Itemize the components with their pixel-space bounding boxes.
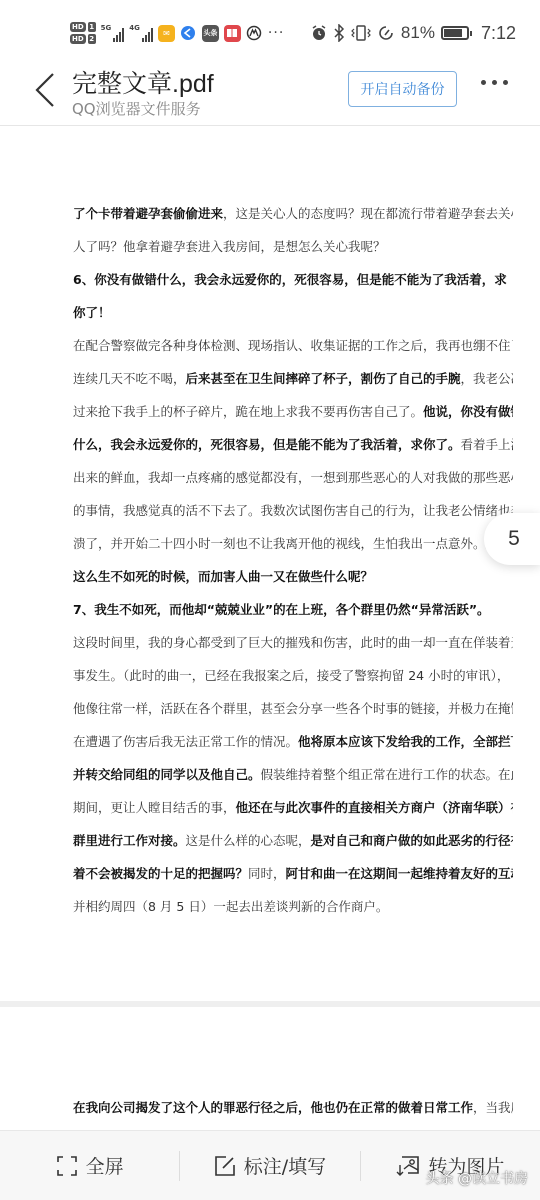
text-line: 群里进行工作对接。这是什么样的心态呢，是对自己和商户做的如此恶劣的行径有 [73, 824, 513, 857]
bold-text: 他将原本应该下发给我的工作，全部拦下， [298, 734, 513, 749]
bold-text: 是对自己和商户做的如此恶劣的行径有 [311, 833, 513, 848]
enable-auto-backup-button[interactable]: 开启自动备份 [348, 71, 457, 107]
text-line: 并相约周四（8 月 5 日）一起去出差谈判新的合作商户。 [73, 890, 513, 923]
bold-text: 你了！ [73, 305, 111, 320]
signal-5g-icon: 5G [101, 24, 125, 42]
body-text: 看着手上流 [461, 437, 513, 452]
text-line: 并转交给同组的同学以及他自己。假装维持着整个组正常在进行工作的状态。在此 [73, 758, 513, 791]
body-text: 的事情，我感觉真的活不下去了。我数次试图伤害自己的行为，让我老公情绪也奔 [73, 503, 513, 518]
page-text: 了个卡带着避孕套偷偷进来，这是关心人的态度吗？现在都流行带着避孕套去关心人了吗？… [73, 197, 513, 923]
status-bar-right: 81% 7:12 [311, 20, 516, 46]
bottom-toolbar: 全屏 标注/填写 转为图片 [0, 1130, 540, 1200]
status-bar-left: HD1 HD2 5G 4G ✉ 头条 ··· [70, 16, 284, 50]
alarm-icon [311, 25, 327, 41]
text-line: 过来抢下我手上的杯子碎片，跪在地上求我不要再伤害自己了。他说，你没有做错 [73, 395, 513, 428]
document-source: QQ浏览器文件服务 [72, 98, 201, 119]
bold-text: 6、你没有做错什么，我会永远爱你的，死很容易，但是能不能为了我活着，求 [73, 272, 507, 287]
bold-text: 后来甚至在卫生间摔碎了杯子，割伤了自己的手腕 [186, 371, 461, 386]
fullscreen-button[interactable]: 全屏 [0, 1146, 179, 1186]
body-text: ，这是关心人的态度吗？现在都流行带着避孕套去关心 [223, 206, 513, 221]
body-text: ，我老公冲 [461, 371, 513, 386]
chevron-left-icon [34, 72, 56, 108]
text-line: 连续几天不吃不喝，后来甚至在卫生间摔碎了杯子，割伤了自己的手腕，我老公冲 [73, 362, 513, 395]
more-dot-icon [503, 80, 508, 85]
body-text: 他像往常一样，活跃在各个群里，甚至会分享一些各个时事的链接，并极力在掩饰， [73, 701, 513, 716]
page-number-indicator[interactable]: 5 [484, 513, 540, 565]
browser-app-icon [180, 25, 197, 42]
text-line: 溃了，并开始二十四小时一刻也不让我离开他的视线，生怕我出一点意外。就 [73, 527, 513, 560]
edit-icon [214, 1155, 236, 1177]
text-line: 7、我生不如死，而他却“兢兢业业”的在上班，各个群里仍然“异常活跃”。 [73, 593, 513, 626]
bold-text: 阿甘和曲一在这期间一起维持着友好的互动 [286, 866, 513, 881]
text-line: 他像往常一样，活跃在各个群里，甚至会分享一些各个时事的链接，并极力在掩饰， [73, 692, 513, 725]
body-text: ，当我质 [473, 1100, 513, 1115]
data-saver-icon [377, 24, 395, 42]
bold-text: 在我向公司揭发了这个人的罪恶行径之后，他也仍在正常的做着日常工作 [73, 1100, 473, 1115]
body-text: 同时， [248, 866, 286, 881]
bold-text: 什么，我会永远爱你的，死很容易，但是能不能为了我活着，求你了。 [73, 437, 461, 452]
clock: 7:12 [481, 23, 516, 44]
text-line: 在我向公司揭发了这个人的罪恶行径之后，他也仍在正常的做着日常工作，当我质 [73, 1091, 513, 1124]
body-text: 人了吗？他拿着避孕套进入我房间，是想怎么关心我呢？ [73, 239, 386, 254]
sim2-hd-icon: HD2 [70, 34, 96, 44]
mail-app-icon: ✉ [158, 25, 175, 42]
text-line: 这段时间里，我的身心都受到了巨大的摧残和伤害，此时的曲一却一直在佯装着无 [73, 626, 513, 659]
toutiao-app-icon: 头条 [202, 25, 219, 42]
text-line: 在配合警察做完各种身体检测、现场指认、收集证据的工作之后，我再也绷不住了， [73, 329, 513, 362]
back-button[interactable] [30, 68, 60, 112]
text-line: 期间，更让人瞠目结舌的事，他还在与此次事件的直接相关方商户（济南华联）在 [73, 791, 513, 824]
body-text: 并相约周四（8 月 5 日）一起去出差谈判新的合作商户。 [73, 899, 388, 914]
annotate-label: 标注/填写 [244, 1152, 326, 1179]
book-app-icon [224, 25, 241, 42]
annotate-fill-button[interactable]: 标注/填写 [180, 1146, 359, 1186]
text-line: 这么生不如死的时候，而加害人曲一又在做些什么呢？ [73, 560, 513, 593]
bold-text: 并转交给同组的同学以及他自己。 [73, 767, 261, 782]
more-dot-icon [492, 80, 497, 85]
text-line: 出来的鲜血，我却一点疼痛的感觉都没有，一想到那些恶心的人对我做的那些恶心 [73, 461, 513, 494]
text-line: 人了吗？他拿着避孕套进入我房间，是想怎么关心我呢？ [73, 230, 513, 263]
more-dot-icon [481, 80, 486, 85]
app-header: 完整文章.pdf QQ浏览器文件服务 开启自动备份 [0, 58, 540, 126]
text-line: 事发生。（此时的曲一，已经在我报案之后，接受了警察拘留 24 小时的审讯）， [73, 659, 513, 692]
text-line: 什么，我会永远爱你的，死很容易，但是能不能为了我活着，求你了。看着手上流 [73, 428, 513, 461]
body-text: 假装维持着整个组正常在进行工作的状态。在此 [261, 767, 513, 782]
more-options-button[interactable] [481, 80, 508, 85]
battery-percent: 81% [401, 23, 435, 43]
body-text: 在遭遇了伤害后我无法正常工作的情况。 [73, 734, 298, 749]
document-title: 完整文章.pdf [72, 64, 214, 100]
body-text: 事发生。（此时的曲一，已经在我报案之后，接受了警察拘留 24 小时的审讯）， [73, 668, 509, 683]
fullscreen-label: 全屏 [86, 1152, 124, 1179]
status-bar: HD1 HD2 5G 4G ✉ 头条 ··· 81% 7:12 [0, 0, 540, 58]
body-text: 溃了，并开始二十四小时一刻也不让我离开他的视线，生怕我出一点意外。 [73, 536, 486, 551]
bold-text: 群里进行工作对接。 [73, 833, 186, 848]
watermark: 头条 @读立书房 [426, 1168, 528, 1188]
bold-text: 了个卡带着避孕套偷偷进来 [73, 206, 223, 221]
text-line: 在遭遇了伤害后我无法正常工作的情况。他将原本应该下发给我的工作，全部拦下， [73, 725, 513, 758]
more-notifications-icon: ··· [268, 25, 284, 41]
text-line: 6、你没有做错什么，我会永远爱你的，死很容易，但是能不能为了我活着，求 [73, 263, 513, 296]
fullscreen-icon [56, 1155, 78, 1177]
body-text: 这是什么样的心态呢， [186, 833, 311, 848]
body-text: 期间，更让人瞠目结舌的事， [73, 800, 236, 815]
body-text: 出来的鲜血，我却一点疼痛的感觉都没有，一想到那些恶心的人对我做的那些恶心 [73, 470, 513, 485]
text-line: 着不会被揭发的十足的把握吗？同时，阿甘和曲一在这期间一起维持着友好的互动， [73, 857, 513, 890]
text-line: 了个卡带着避孕套偷偷进来，这是关心人的态度吗？现在都流行带着避孕套去关心 [73, 197, 513, 230]
pdf-page-next[interactable]: 在我向公司揭发了这个人的罪恶行径之后，他也仍在正常的做着日常工作，当我质 [0, 1007, 540, 1130]
bold-text: 他说，你没有做错 [423, 404, 513, 419]
image-convert-icon [396, 1155, 420, 1177]
body-text: 过来抢下我手上的杯子碎片，跪在地上求我不要再伤害自己了。 [73, 404, 423, 419]
bluetooth-icon [333, 24, 345, 42]
page-text: 在我向公司揭发了这个人的罪恶行径之后，他也仍在正常的做着日常工作，当我质 [73, 1091, 513, 1124]
bank-app-icon [246, 25, 263, 42]
vibrate-icon [351, 24, 371, 42]
signal-4g-icon: 4G [129, 24, 153, 42]
bold-text: 他还在与此次事件的直接相关方商户（济南华联）在 [236, 800, 513, 815]
bold-text: 着不会被揭发的十足的把握吗？ [73, 866, 248, 881]
body-text: 连续几天不吃不喝， [73, 371, 186, 386]
body-text: 在配合警察做完各种身体检测、现场指认、收集证据的工作之后，我再也绷不住了， [73, 338, 513, 353]
sim1-hd-icon: HD1 [70, 22, 96, 32]
bold-text: 这么生不如死的时候，而加害人曲一又在做些什么呢？ [73, 569, 373, 584]
text-line: 你了！ [73, 296, 513, 329]
battery-icon [441, 26, 469, 40]
sim-indicators: HD1 HD2 [70, 22, 96, 44]
text-line: 的事情，我感觉真的活不下去了。我数次试图伤害自己的行为，让我老公情绪也奔 [73, 494, 513, 527]
body-text: 这段时间里，我的身心都受到了巨大的摧残和伤害，此时的曲一却一直在佯装着无 [73, 635, 513, 650]
bold-text: 7、我生不如死，而他却“兢兢业业”的在上班，各个群里仍然“异常活跃”。 [73, 602, 490, 617]
pdf-page[interactable]: 了个卡带着避孕套偷偷进来，这是关心人的态度吗？现在都流行带着避孕套去关心人了吗？… [0, 127, 540, 1001]
